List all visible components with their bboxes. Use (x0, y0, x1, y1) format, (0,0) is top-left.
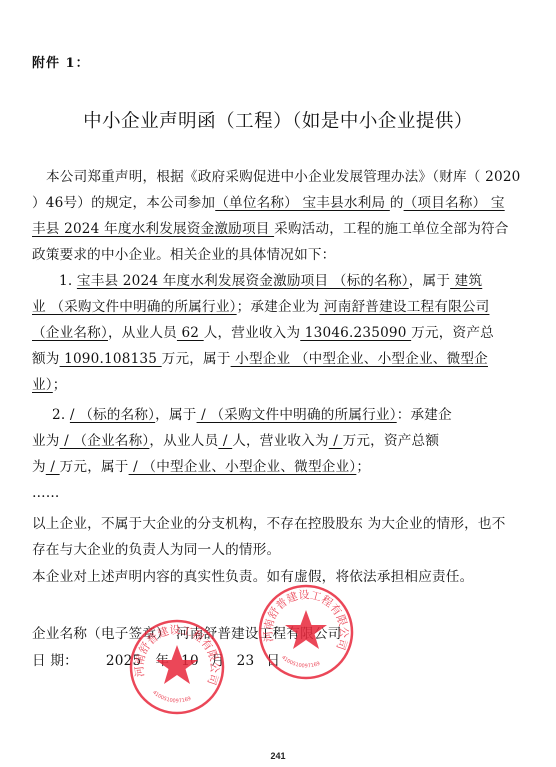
item1-line-2: 业 （采购文件中明确的所属行业）；承建企业为 河南舒普建设工程有限公司 (32, 297, 516, 317)
item1-line-1: 1. 宝丰县 2024 年度水利发展资金激励项目 （标的名称），属于 建筑 (59, 271, 543, 291)
star-icon (156, 645, 198, 684)
company-seal-stamp: 河南舒普建设工程有限公司 4100510097169 (256, 582, 356, 682)
unit-name-field: （单位名称） 宝丰县水利局 (215, 195, 390, 211)
item1-line-3: （企业名称），从业人员 62 人，营业收入为 13046.235090 万元，资… (32, 323, 516, 343)
document-title: 中小企业声明函（工程）（如是中小企业提供） (0, 107, 556, 133)
svg-text:4100510097169: 4100510097169 (151, 690, 192, 705)
ellipsis: …… (32, 483, 516, 503)
item2-line-2: 业为 / （企业名称），从业人员 / 人，营业收入为 / 万元，资产总额 (32, 431, 516, 451)
revenue-field: 13046.235090 (300, 325, 411, 341)
employee-count-field: 62 (177, 325, 204, 341)
company-seal-stamp: 河南舒普建设工程有限公司 4100510097169 (127, 617, 227, 717)
total-assets-field: 1090.108135 (60, 351, 162, 367)
item1-line-4: 额为 1090.108135 万元，属于 小型企业 （中型企业、小型企业、微型企 (32, 349, 516, 369)
contractor-name-field: 河南舒普建设工程有限公司 (319, 299, 489, 315)
attachment-label: 附件 1： (32, 52, 90, 71)
project-name-field: （项目名称） 宝 (404, 195, 505, 211)
item1-line-5: 业）； (32, 375, 516, 395)
statement-line-2: 存在与大企业的负责人为同一人的情形。 (32, 540, 516, 560)
statement-line-1: 以上企业，不属于大企业的分支机构，不存在控股股东 为大企业的情形，也不 (32, 514, 516, 534)
item2-line-3: 为 / 万元，属于 / （中型企业、小型企业、微型企业）； (32, 457, 516, 477)
intro-line-1: 本公司郑重声明，根据《政府采购促进中小企业发展管理办法》（财库（ 2020 (46, 167, 530, 187)
enterprise-type-field: 小型企业 （中型企业、小型企业、微型企 (231, 351, 488, 367)
page-number: 241 (0, 751, 556, 761)
item2-line-1: 2. / （标的名称），属于 / （采购文件中明确的所属行业）：承建企 (52, 405, 536, 425)
intro-line-2: ）46号）的规定，本公司参加（单位名称） 宝丰县水利局 的（项目名称） 宝 (32, 193, 516, 213)
intro-line-4: 政策要求的中小企业。相关企业的具体情况如下： (32, 245, 516, 265)
intro-line-3: 丰县 2024 年度水利发展资金激励项目 采购活动，工程的施工单位全部为符合 (32, 219, 516, 239)
svg-text:4100510097169: 4100510097169 (280, 655, 321, 670)
star-icon (285, 610, 327, 649)
